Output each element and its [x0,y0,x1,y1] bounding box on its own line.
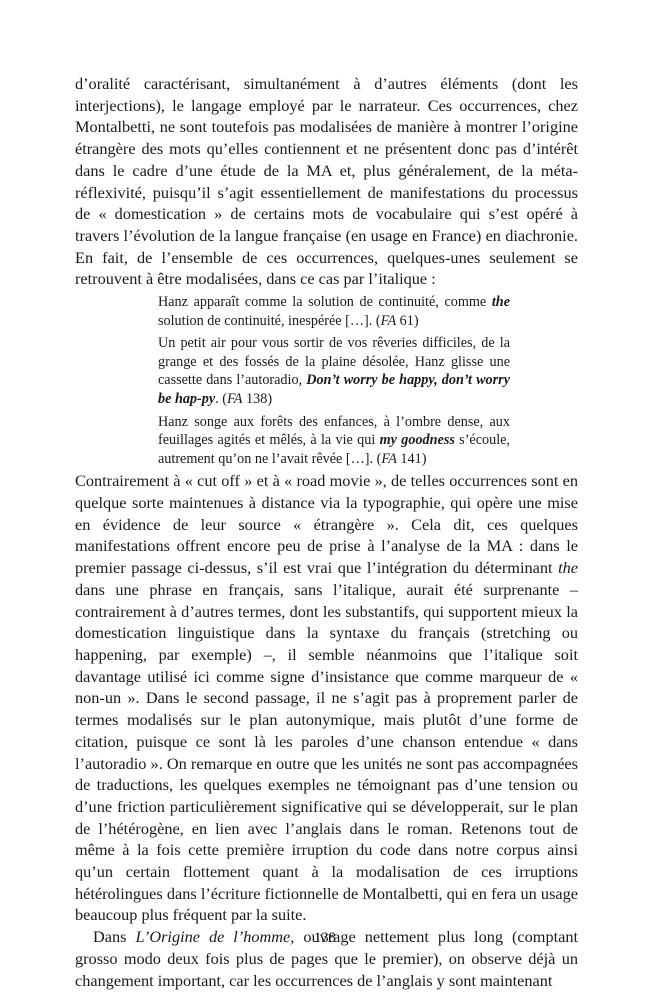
block-quotes: Hanz apparaît comme la solution de conti… [158,293,510,468]
quote-emphasis: my goodness [380,432,455,448]
paragraph-text: dans une phrase en français, sans l’ital… [75,580,578,925]
italic-term: the [558,558,578,577]
block-quote-1: Hanz apparaît comme la solution de conti… [158,293,510,330]
paragraph-text: Contrairement à « cut off » et à « road … [75,471,578,577]
quote-text: . ( [215,391,227,407]
paragraph-intro: d’oralité caractérisant, simultanément à… [75,73,578,290]
source-abbreviation: FA [227,391,243,407]
quote-text: Hanz apparaît comme la solution de conti… [158,294,492,310]
source-page: 138) [242,391,272,407]
source-abbreviation: FA [381,451,397,467]
quote-emphasis: the [492,294,510,310]
source-abbreviation: FA [381,313,397,329]
quote-text: solution de continuité, inespérée […]. ( [158,313,381,329]
source-page: 141) [397,451,427,467]
block-quote-2: Un petit air pour vous sortir de vos rêv… [158,334,510,408]
paragraph-analysis: Contrairement à « cut off » et à « road … [75,470,578,926]
block-quote-3: Hanz songe aux forêts des enfances, à l’… [158,413,510,469]
page-body: d’oralité caractérisant, simultanément à… [75,73,578,991]
source-page: 61) [396,313,418,329]
page-number: 138 [0,930,650,947]
